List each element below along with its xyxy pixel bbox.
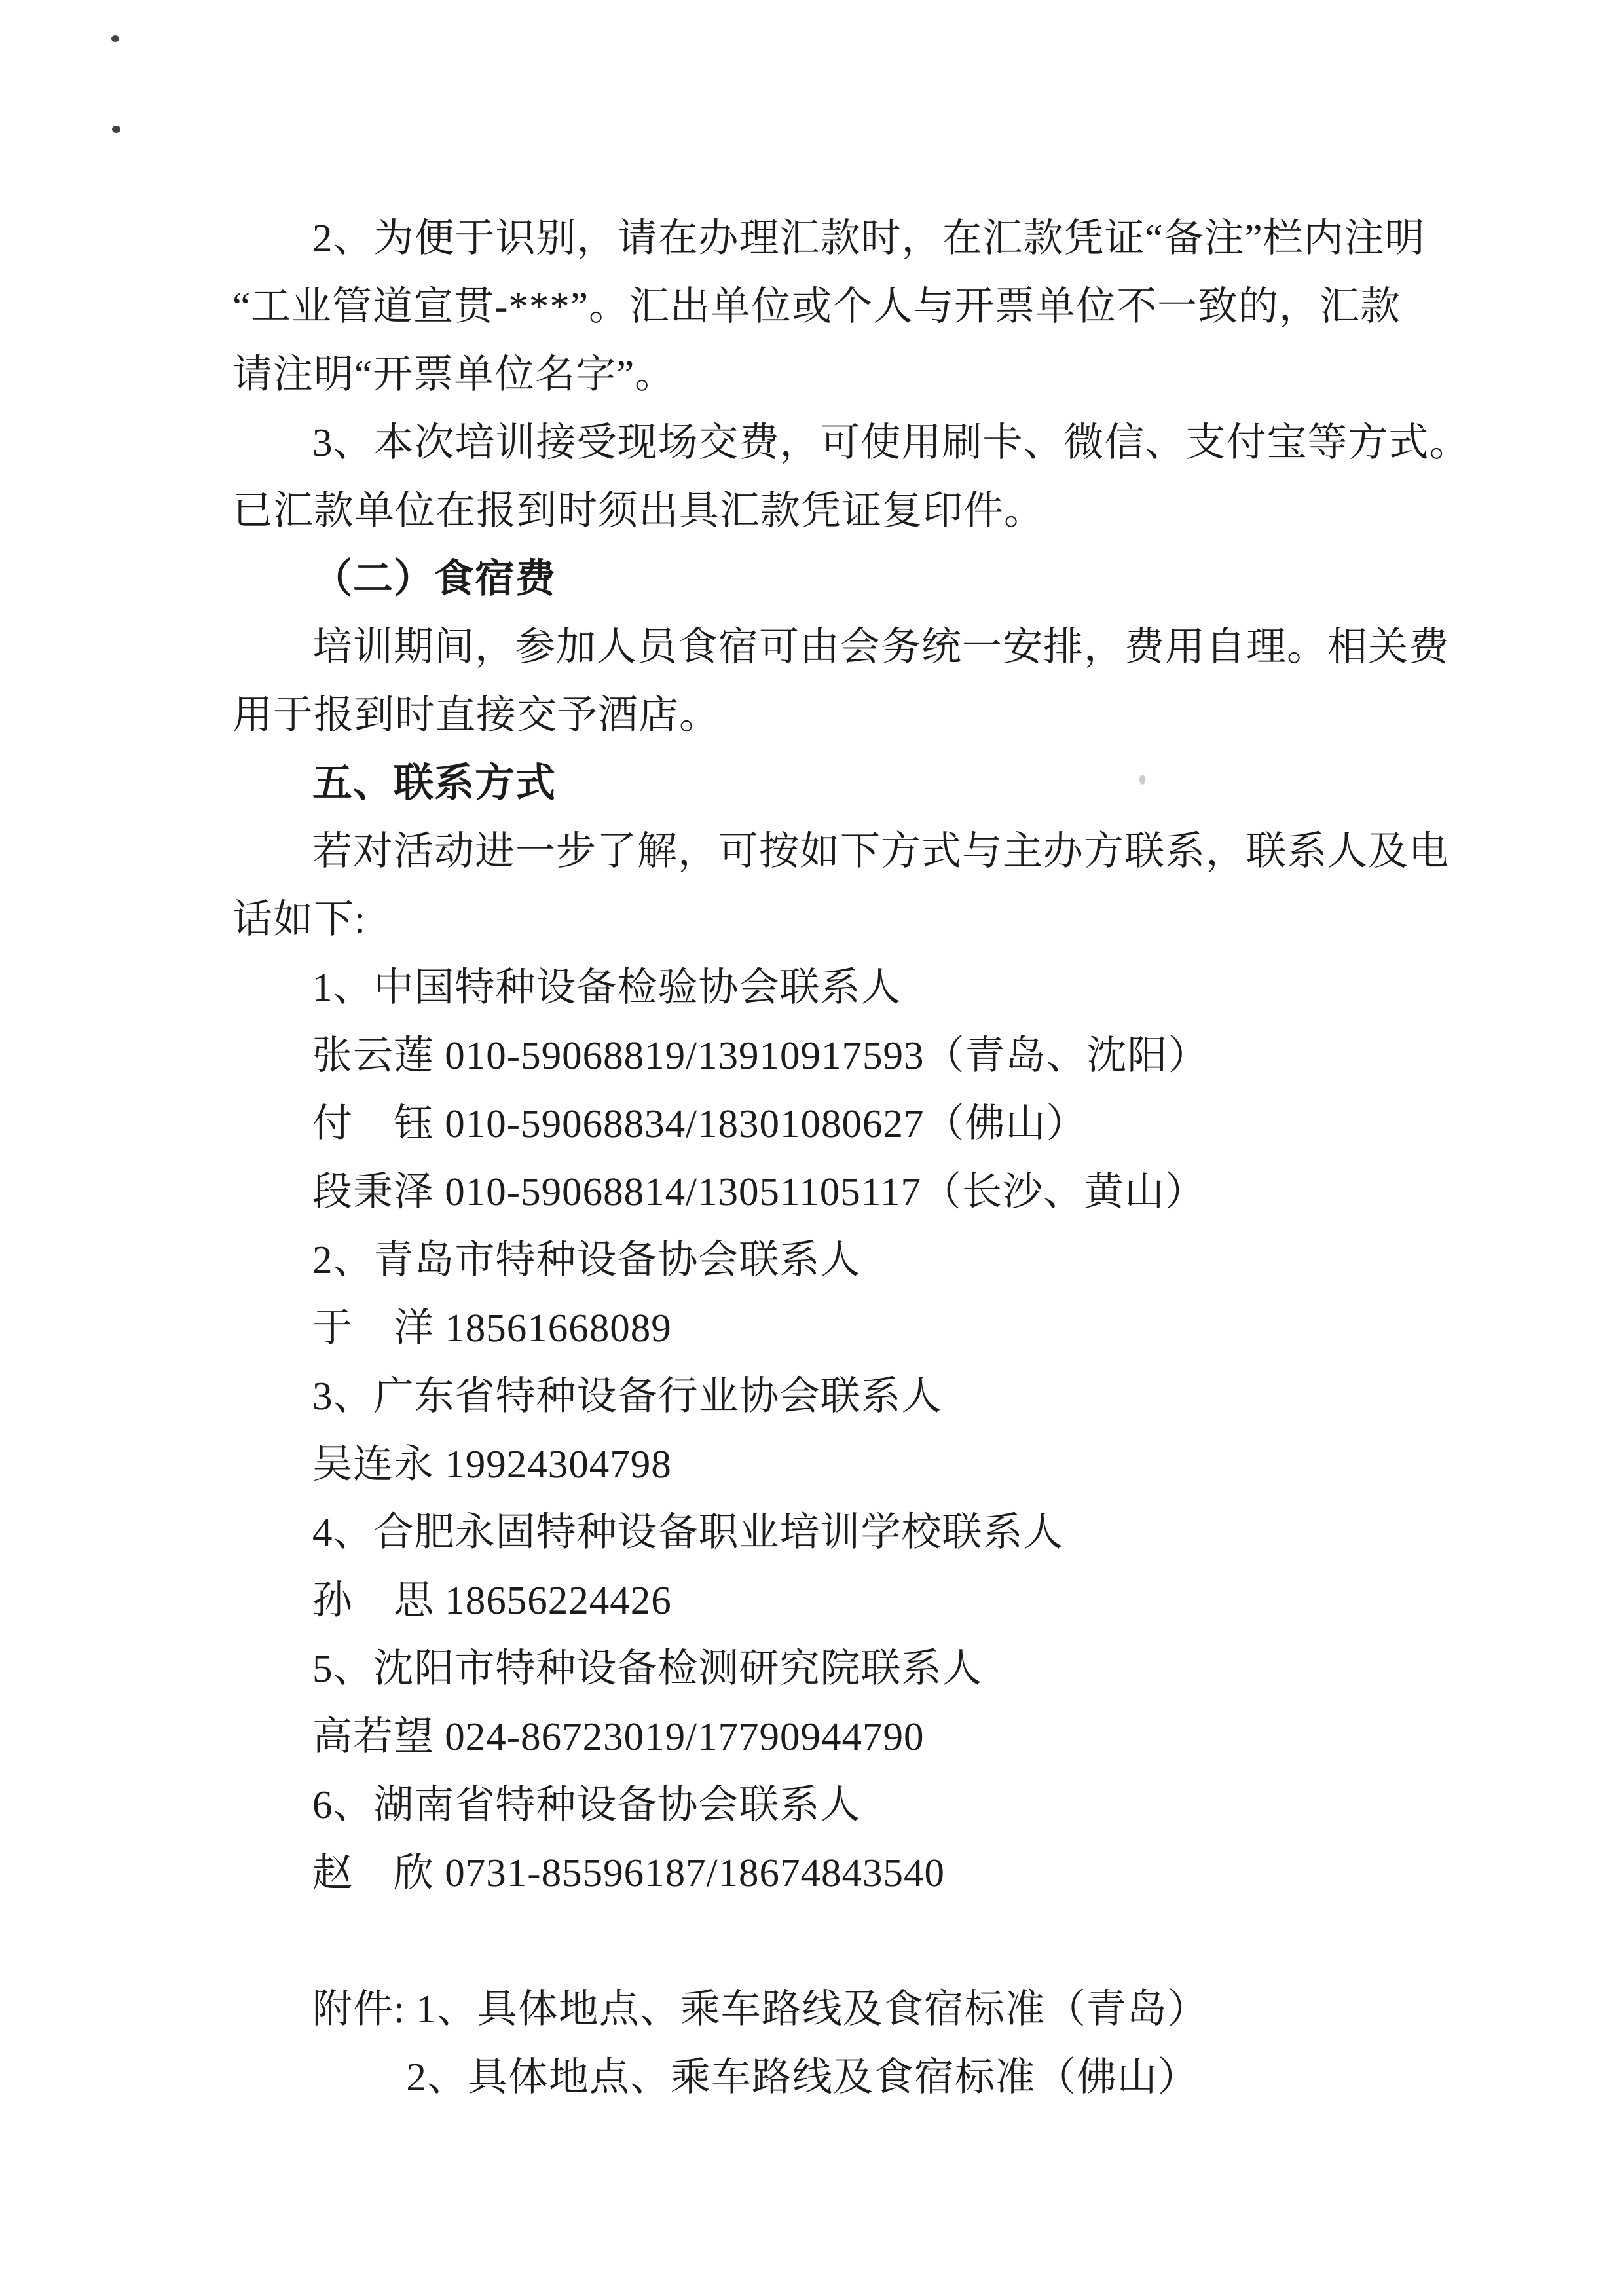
text-line: 3、本次培训接受现场交费，可使用刷卡、微信、支付宝等方式。 [232, 409, 1411, 477]
text-line: 用于报到时直接交予酒店。 [232, 682, 1411, 750]
text-line: 培训期间，参加人员食宿可由会务统一安排，费用自理。相关费 [232, 614, 1411, 682]
text-line: 张云莲 010-59068819/13910917593（青岛、沈阳） [232, 1022, 1411, 1090]
blank-line [232, 1908, 1411, 1976]
document-body: 2、为便于识别，请在办理汇款时，在汇款凭证“备注”栏内注明“工业管道宣贯-***… [232, 205, 1411, 2112]
text-line: 段秉泽 010-59068814/13051105117（长沙、黄山） [232, 1158, 1411, 1227]
text-line: 孙 思 18656224426 [232, 1567, 1411, 1635]
text-line: 6、湖南省特种设备协会联系人 [232, 1771, 1411, 1840]
text-line: “工业管道宣贯-***”。汇出单位或个人与开票单位不一致的，汇款 [232, 273, 1411, 341]
text-line: 付 钰 010-59068834/18301080627（佛山） [232, 1090, 1411, 1158]
text-line: 2、具体地点、乘车路线及食宿标准（佛山） [232, 2044, 1411, 2112]
text-line: 1、中国特种设备检验协会联系人 [232, 954, 1411, 1022]
text-line: 话如下: [232, 886, 1411, 954]
text-line: 五、联系方式 [232, 750, 1411, 818]
text-line: 已汇款单位在报到时须出具汇款凭证复印件。 [232, 477, 1411, 546]
text-line: 附件: 1、具体地点、乘车路线及食宿标准（青岛） [232, 1976, 1411, 2044]
text-line: 2、为便于识别，请在办理汇款时，在汇款凭证“备注”栏内注明 [232, 205, 1411, 273]
text-line: 若对活动进一步了解，可按如下方式与主办方联系，联系人及电 [232, 818, 1411, 886]
text-line: 赵 欣 0731-85596187/18674843540 [232, 1840, 1411, 1908]
text-line: 4、合肥永固特种设备职业培训学校联系人 [232, 1499, 1411, 1567]
ink-speck [112, 126, 120, 133]
text-line: 请注明“开票单位名字”。 [232, 341, 1411, 409]
ink-speck [1139, 775, 1145, 785]
ink-speck [111, 35, 119, 42]
text-line: 3、广东省特种设备行业协会联系人 [232, 1363, 1411, 1431]
document-page: 2、为便于识别，请在办理汇款时，在汇款凭证“备注”栏内注明“工业管道宣贯-***… [0, 0, 1624, 2296]
text-line: 于 洋 18561668089 [232, 1295, 1411, 1363]
text-line: 2、青岛市特种设备协会联系人 [232, 1227, 1411, 1295]
text-line: 高若望 024-86723019/17790944790 [232, 1703, 1411, 1771]
text-line: （二）食宿费 [232, 546, 1411, 614]
text-line: 5、沈阳市特种设备检测研究院联系人 [232, 1635, 1411, 1703]
text-line: 吴连永 19924304798 [232, 1431, 1411, 1499]
